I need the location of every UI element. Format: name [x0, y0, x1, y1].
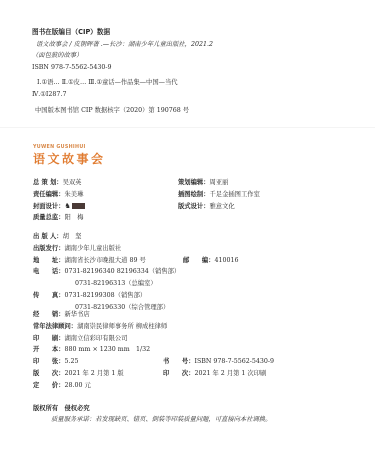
- credit-label: 策划编辑：: [178, 177, 209, 189]
- cip-line-isbn: ISBN 978-7-5562-5430-9: [32, 62, 352, 74]
- seller-label: 经 销：: [33, 309, 64, 321]
- cip-classification-2: Ⅳ.①I287.7: [32, 89, 352, 101]
- address-value: 湖南省长沙市晚报大道 89 号: [64, 255, 145, 267]
- cip-line-title: 语文故事会 / 皮朝晖著 .—长沙：湖南少年儿童出版社，2021.2: [32, 39, 352, 51]
- legal-label: 常年法律顾问：: [33, 321, 77, 333]
- credit-value: 雅意文化: [209, 201, 234, 213]
- isbn-label: 书 号：: [163, 356, 194, 368]
- address-label: 地 址：: [33, 255, 64, 267]
- credit-value: 周亚丽: [209, 177, 228, 189]
- copyright-page: 图书在版编目（CIP）数据 语文故事会 / 皮朝晖著 .—长沙：湖南少年儿童出版…: [0, 0, 375, 471]
- printing-value: 2021 年 2 月第 1 次印刷: [194, 368, 266, 380]
- issuer-label: 出版发行：: [33, 243, 64, 255]
- cip-line-series: （面包狼的故事）: [32, 50, 352, 62]
- printing-label: 印 次：: [163, 368, 194, 380]
- fax-line: 0731-82199308（销售部）: [64, 290, 146, 302]
- credit-row: 责任编辑：朱美琳 插图绘制：千足金插图工作室: [33, 189, 353, 201]
- printer-label: 印 刷：: [33, 333, 64, 345]
- series-title: 语文故事会: [33, 150, 106, 167]
- credit-value: 阳 梅: [64, 212, 83, 224]
- credit-label: 封面设计：: [33, 201, 64, 213]
- sheets-label: 印 张：: [33, 356, 64, 368]
- postcode-value: 410016: [214, 255, 238, 267]
- legal-value: 湖南崇民律师事务所 柳成柱律师: [77, 321, 167, 333]
- credit-label: 版式设计：: [178, 201, 209, 213]
- fax-label: 传 真：: [33, 290, 64, 302]
- cip-block: 图书在版编目（CIP）数据 语文故事会 / 皮朝晖著 .—长沙：湖南少年儿童出版…: [32, 27, 352, 117]
- rights-heading: 版权所有 侵权必究: [33, 403, 333, 414]
- phone-label: 电 话：: [33, 266, 64, 278]
- publisher-value: 胡 坚: [63, 231, 82, 243]
- credit-label: 总 策 划：: [33, 177, 63, 189]
- publisher-block: 出 版 人：胡 坚 出版发行：湖南少年儿童出版社 地 址：湖南省长沙市晚报大道 …: [33, 231, 363, 314]
- cip-heading: 图书在版编目（CIP）数据: [32, 27, 352, 39]
- credit-row: 封面设计： ♞ 版式设计：雅意文化: [33, 201, 353, 213]
- issuer-value: 湖南少年儿童出版社: [64, 243, 121, 255]
- sheets-value: 5.25: [64, 356, 78, 368]
- credit-value: 朱美琳: [64, 189, 83, 201]
- price-label: 定 价：: [33, 380, 64, 392]
- credit-label: 质量总监：: [33, 212, 64, 224]
- printer-value: 湖南立信彩印有限公司: [64, 333, 127, 345]
- rights-block: 版权所有 侵权必究 质量服务承诺：若发现缺页、错页、倒装等印装质量问题，可直接向…: [33, 403, 333, 425]
- price-value: 28.00 元: [64, 380, 90, 392]
- credits-block: 总 策 划：吴双英 策划编辑：周亚丽 责任编辑：朱美琳 插图绘制：千足金插图工作…: [33, 177, 353, 224]
- distribution-block: 经 销：新华书店 常年法律顾问：湖南崇民律师事务所 柳成柱律师 印 刷：湖南立信…: [33, 309, 363, 392]
- format-label: 开 本：: [33, 344, 64, 356]
- cip-number: 中国版本图书馆 CIP 数据核字（2020）第 190768 号: [32, 105, 352, 117]
- credit-row: 质量总监：阳 梅: [33, 212, 353, 224]
- credit-label: 责任编辑：: [33, 189, 64, 201]
- quality-promise: 质量服务承诺：若发现缺页、错页、倒装等印装质量问题，可直接向本社调换。: [33, 414, 333, 425]
- phone-line: 0731-82196340 82196334（销售部）: [64, 266, 180, 278]
- section-divider: [0, 127, 375, 128]
- credit-value: 千足金插图工作室: [209, 189, 259, 201]
- publisher-label: 出 版 人：: [33, 231, 63, 243]
- phone-line: 0731-82196313（总编室）: [33, 278, 363, 290]
- edition-value: 2021 年 2 月第 1 版: [64, 368, 123, 380]
- postcode-label: 邮 编：: [183, 255, 214, 267]
- horse-logo-icon: ♞: [64, 201, 84, 213]
- isbn-value: ISBN 978-7-5562-5430-9: [194, 356, 274, 368]
- seller-value: 新华书店: [64, 309, 89, 321]
- credit-value: 吴双英: [63, 177, 82, 189]
- cip-classification-1: Ⅰ.①语… Ⅱ.①皮… Ⅲ.①童话—作品集—中国—当代: [32, 77, 352, 89]
- edition-label: 版 次：: [33, 368, 64, 380]
- credit-label: 插图绘制：: [178, 189, 209, 201]
- format-value: 880 mm × 1230 mm 1/32: [64, 344, 150, 356]
- credit-row: 总 策 划：吴双英 策划编辑：周亚丽: [33, 177, 353, 189]
